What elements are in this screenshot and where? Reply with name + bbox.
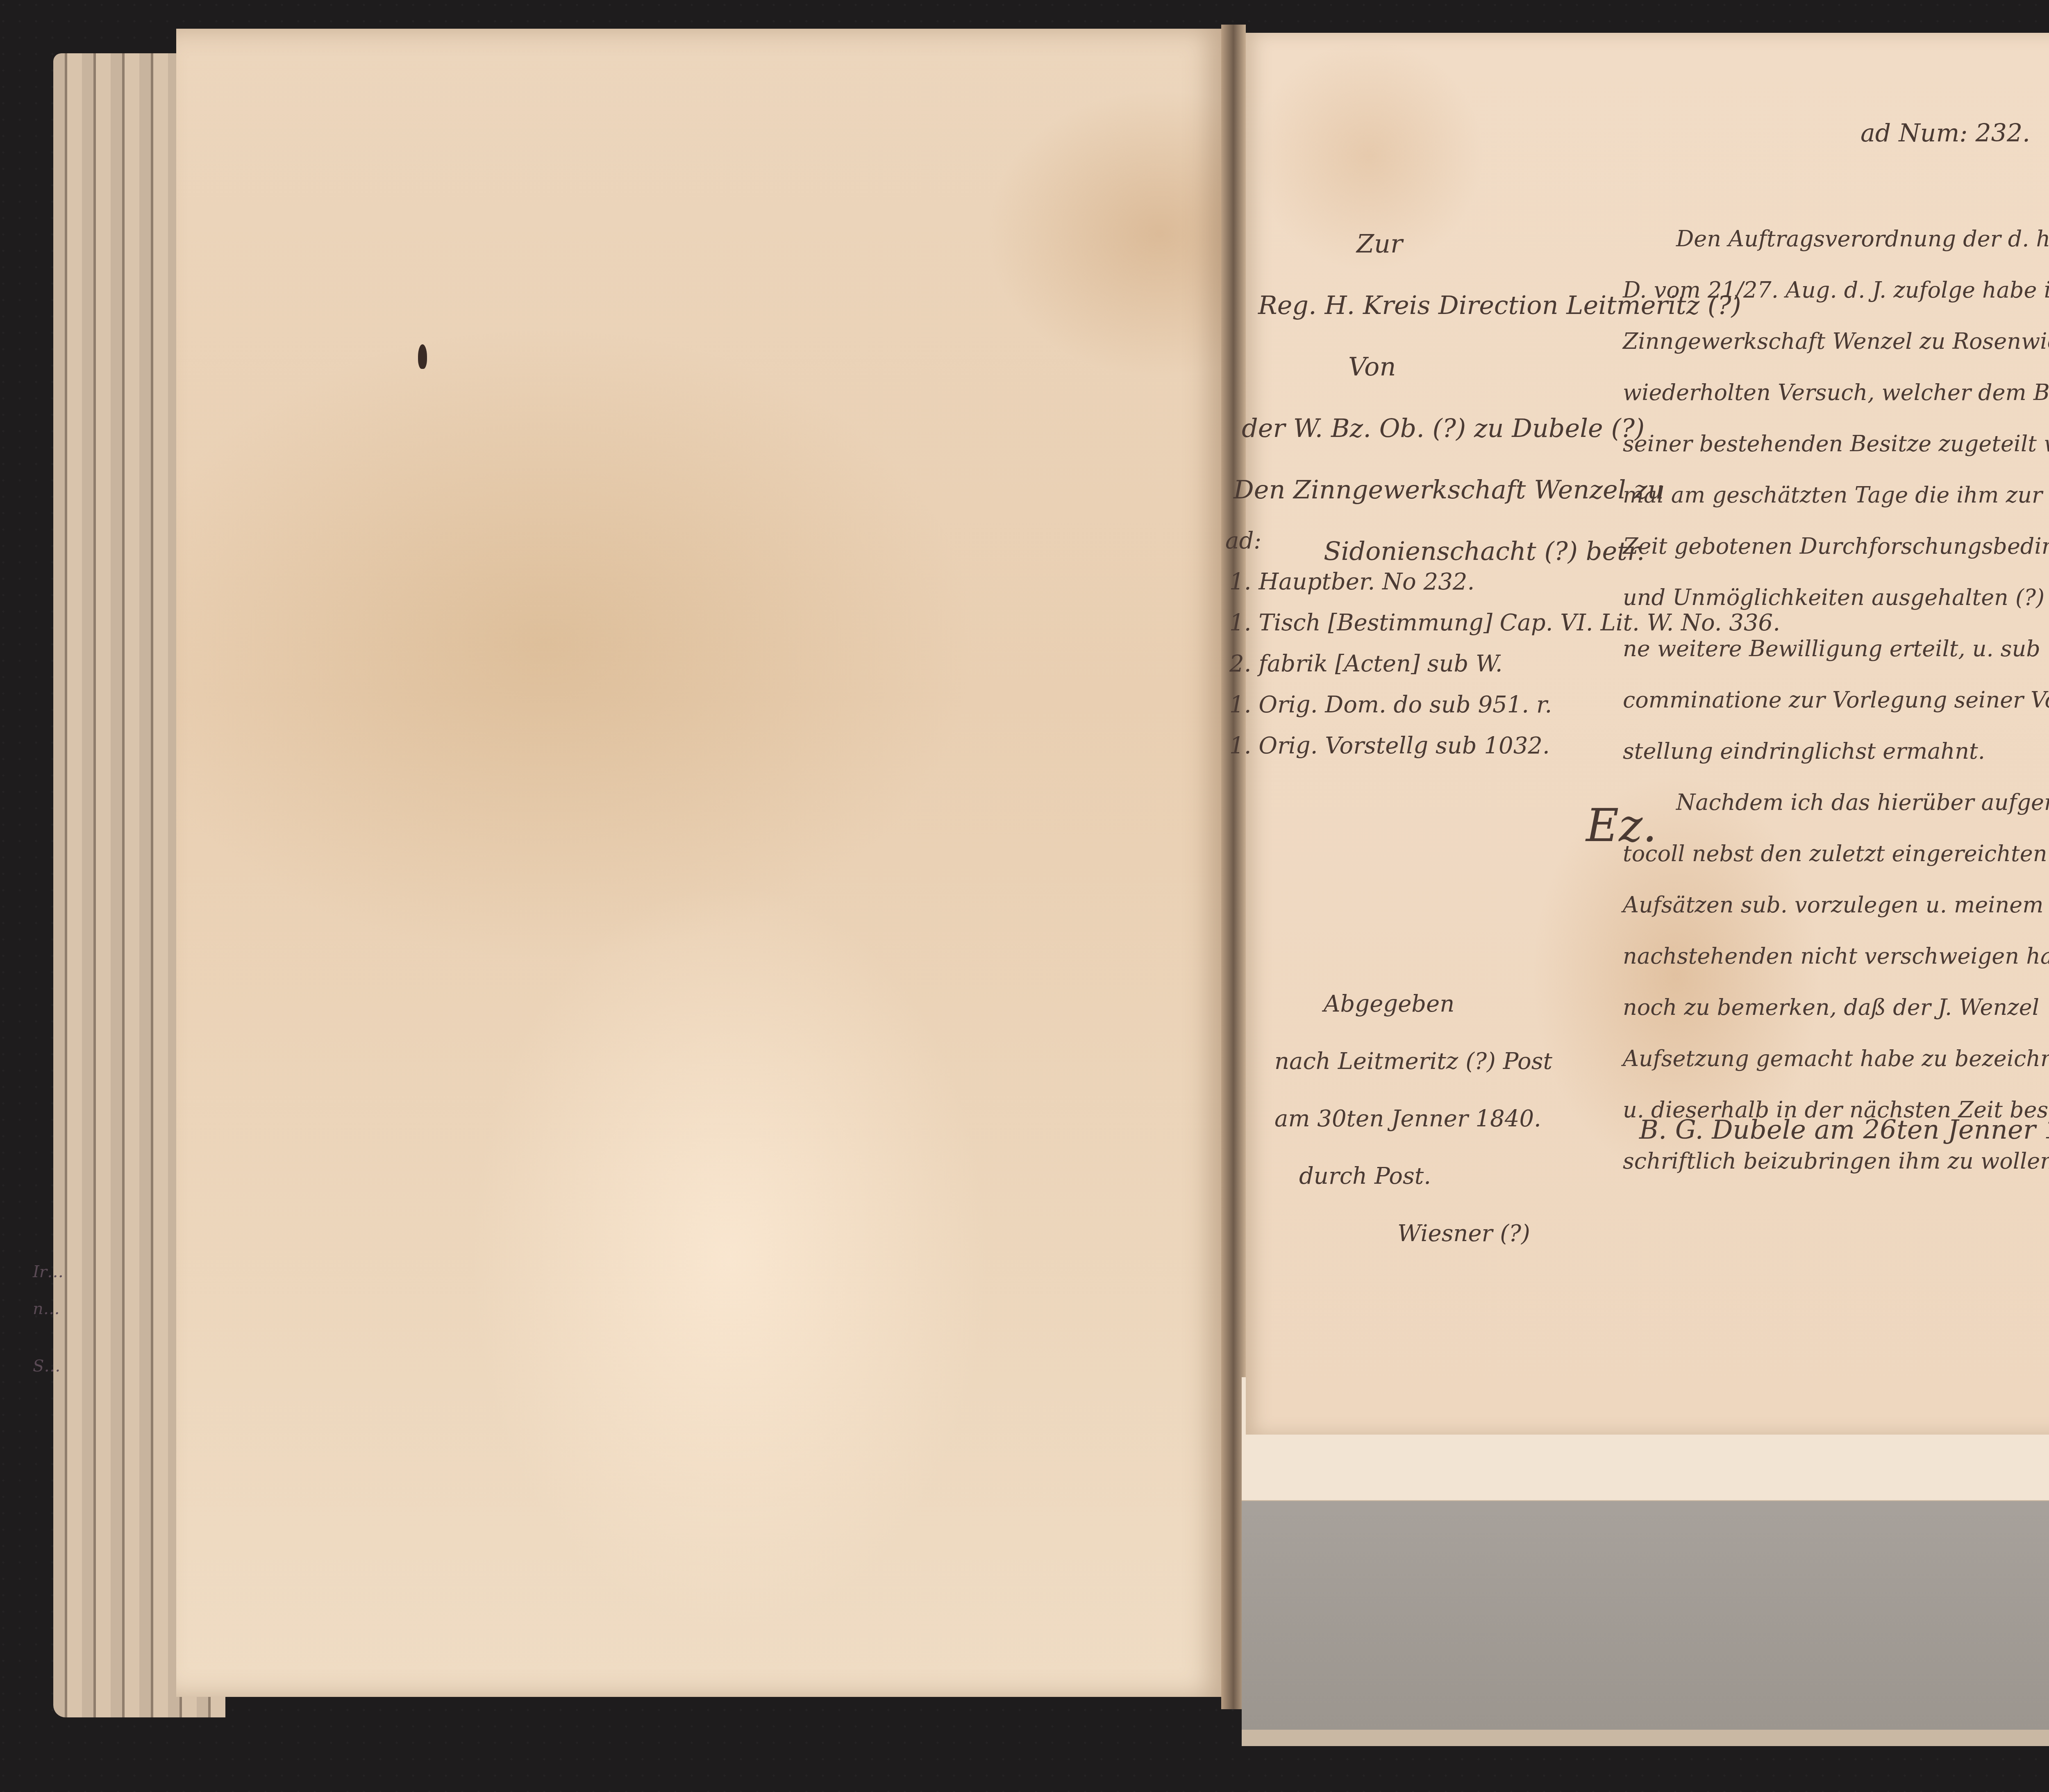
dispatch-line: durch Post. (1299, 1148, 1552, 1205)
body-line: ne weitere Bewilligung erteilt, u. sub (1623, 623, 2049, 674)
left-page (176, 29, 1225, 1697)
body-line: Zeit gebotenen Durchforschungsbedingunge… (1623, 521, 2049, 572)
body-line: Aufsetzung gemacht habe zu bezeichnen (1623, 1033, 2049, 1084)
marginal-fragment: n… (33, 1299, 60, 1318)
dispatch-note: Abgegeben nach Leitmeritz (?) Post am 30… (1274, 976, 1552, 1262)
underlying-blue-page (1242, 1467, 2049, 1746)
body-line: tocoll nebst den zuletzt eingereichten (1623, 828, 2049, 879)
dispatch-line: nach Leitmeritz (?) Post (1274, 1033, 1552, 1090)
reference-number-note: ad Num: 232. (1860, 119, 2030, 148)
marginal-fragment: S… (33, 1357, 60, 1376)
place-date-line: B. G. Dubele am 26ten Jenner 1840. (1639, 1115, 2049, 1145)
letter-body: Den Auftragsverordnung der d. h. Ex. D. … (1623, 213, 2049, 1187)
body-line: nachstehenden nicht verschweigen habe ic… (1623, 930, 2049, 982)
dispatch-signature: Wiesner (?) (1397, 1205, 1552, 1262)
body-line: Den Auftragsverordnung der d. h. Ex. (1676, 213, 2049, 264)
body-line: Aufsätzen sub. vorzulegen u. meinem (1623, 879, 2049, 930)
dispatch-line: Abgegeben (1324, 976, 1552, 1033)
body-line: comminatione zur Vorlegung seiner Vor- (1623, 674, 2049, 725)
dispatch-date: am 30ten Jenner 1840. (1274, 1090, 1552, 1148)
ink-blot (418, 344, 427, 369)
body-line: Nachdem ich das hierüber aufgenommene Pr… (1676, 777, 2049, 828)
body-line: mal am geschätzten Tage die ihm zur (1623, 469, 2049, 521)
body-line: D. vom 21/27. Aug. d. J. zufolge habe ic… (1623, 264, 2049, 316)
marginal-fragment: Ir… (33, 1262, 64, 1281)
body-line: und Unmöglichkeiten ausgehalten (?) ihm … (1623, 572, 2049, 623)
body-line: stellung eindringlichst ermahnt. (1623, 725, 2049, 777)
body-line: Zinngewerkschaft Wenzel zu Rosenwies (?)… (1623, 316, 2049, 367)
body-line: noch zu bemerken, daß der J. Wenzel (1623, 982, 2049, 1033)
body-line: seiner bestehenden Besitze zugeteilt wor… (1623, 418, 2049, 469)
body-line: wiederholten Versuch, welcher dem Bereic… (1623, 367, 2049, 418)
